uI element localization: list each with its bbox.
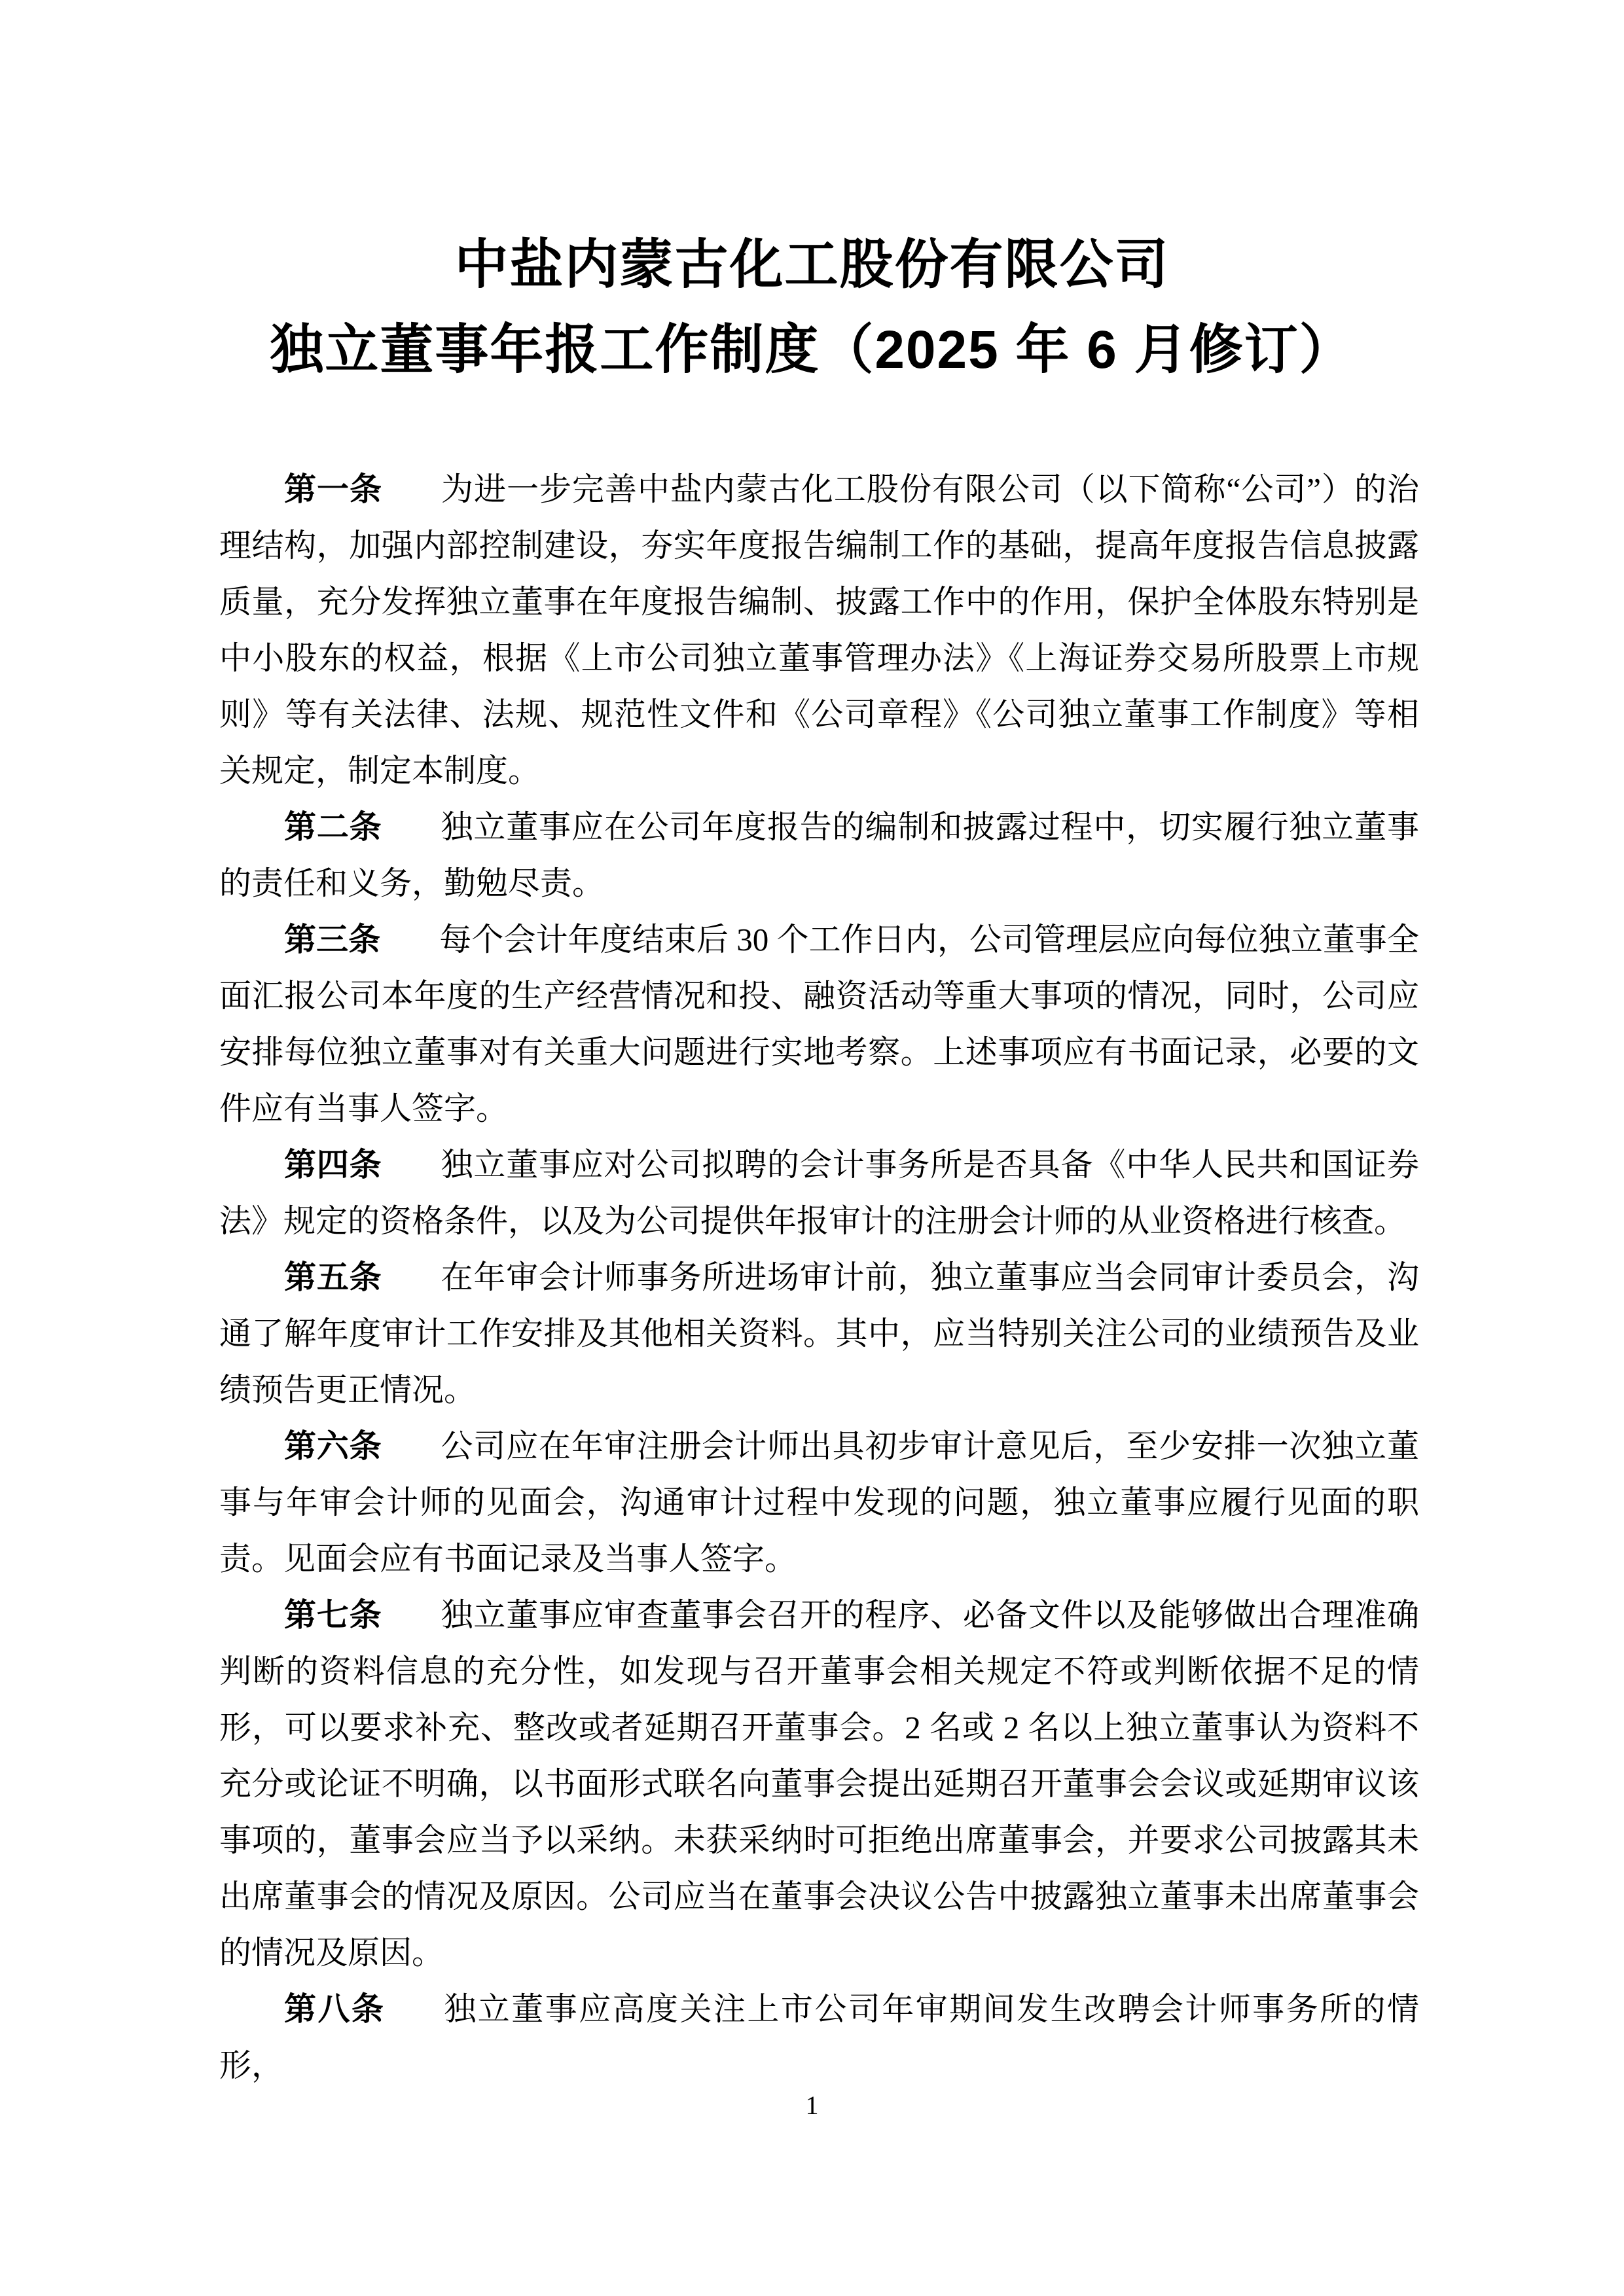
article-paragraph-6: 第六条公司应在年审注册会计师出具初步审计意见后，至少安排一次独立董事与年审会计师…	[219, 1418, 1419, 1587]
article-paragraph-4: 第四条独立董事应对公司拟聘的会计事务所是否具备《中华人民共和国证券法》规定的资格…	[219, 1137, 1419, 1249]
article-number-5: 第五条	[284, 1259, 382, 1295]
article-text-4: 独立董事应对公司拟聘的会计事务所是否具备《中华人民共和国证券法》规定的资格条件，…	[219, 1147, 1419, 1239]
article-paragraph-2: 第二条独立董事应在公司年度报告的编制和披露过程中，切实履行独立董事的责任和义务，…	[219, 799, 1419, 912]
article-text-2: 独立董事应在公司年度报告的编制和披露过程中，切实履行独立董事的责任和义务，勤勉尽…	[219, 809, 1419, 901]
article-paragraph-1: 第一条为进一步完善中盐内蒙古化工股份有限公司（以下简称“公司”）的治理结构，加强…	[219, 461, 1419, 799]
article-number-4: 第四条	[284, 1147, 382, 1183]
article-paragraph-5: 第五条在年审会计师事务所进场审计前，独立董事应当会同审计委员会，沟通了解年度审计…	[219, 1249, 1419, 1418]
article-number-8: 第八条	[284, 1991, 385, 2027]
article-number-7: 第七条	[284, 1597, 382, 1633]
article-number-2: 第二条	[284, 809, 382, 845]
document-subtitle: 独立董事年报工作制度（2025 年 6 月修订）	[0, 308, 1624, 393]
article-text-8: 独立董事应高度关注上市公司年审期间发生改聘会计师事务所的情形，	[219, 1991, 1419, 2083]
article-text-3: 每个会计年度结束后 30 个工作日内，公司管理层应向每位独立董事全面汇报公司本年…	[219, 922, 1419, 1126]
document-page: 中盐内蒙古化工股份有限公司 独立董事年报工作制度（2025 年 6 月修订） 第…	[0, 0, 1624, 2296]
article-text-1: 为进一步完善中盐内蒙古化工股份有限公司（以下简称“公司”）的治理结构，加强内部控…	[219, 471, 1419, 789]
article-text-5: 在年审会计师事务所进场审计前，独立董事应当会同审计委员会，沟通了解年度审计工作安…	[219, 1259, 1419, 1408]
company-name-title: 中盐内蒙古化工股份有限公司	[0, 223, 1624, 308]
article-number-3: 第三条	[284, 922, 380, 958]
article-text-6: 公司应在年审注册会计师出具初步审计意见后，至少安排一次独立董事与年审会计师的见面…	[219, 1428, 1419, 1577]
article-paragraph-3: 第三条每个会计年度结束后 30 个工作日内，公司管理层应向每位独立董事全面汇报公…	[219, 912, 1419, 1137]
document-body: 第一条为进一步完善中盐内蒙古化工股份有限公司（以下简称“公司”）的治理结构，加强…	[219, 461, 1419, 2094]
page-number: 1	[0, 2092, 1624, 2119]
document-title-block: 中盐内蒙古化工股份有限公司 独立董事年报工作制度（2025 年 6 月修订）	[0, 223, 1624, 393]
article-text-7: 独立董事应审查董事会召开的程序、必备文件以及能够做出合理准确判断的资料信息的充分…	[219, 1597, 1419, 1971]
article-paragraph-8: 第八条独立董事应高度关注上市公司年审期间发生改聘会计师事务所的情形，	[219, 1981, 1419, 2094]
article-paragraph-7: 第七条独立董事应审查董事会召开的程序、必备文件以及能够做出合理准确判断的资料信息…	[219, 1587, 1419, 1981]
article-number-6: 第六条	[284, 1428, 382, 1464]
article-number-1: 第一条	[284, 471, 382, 507]
